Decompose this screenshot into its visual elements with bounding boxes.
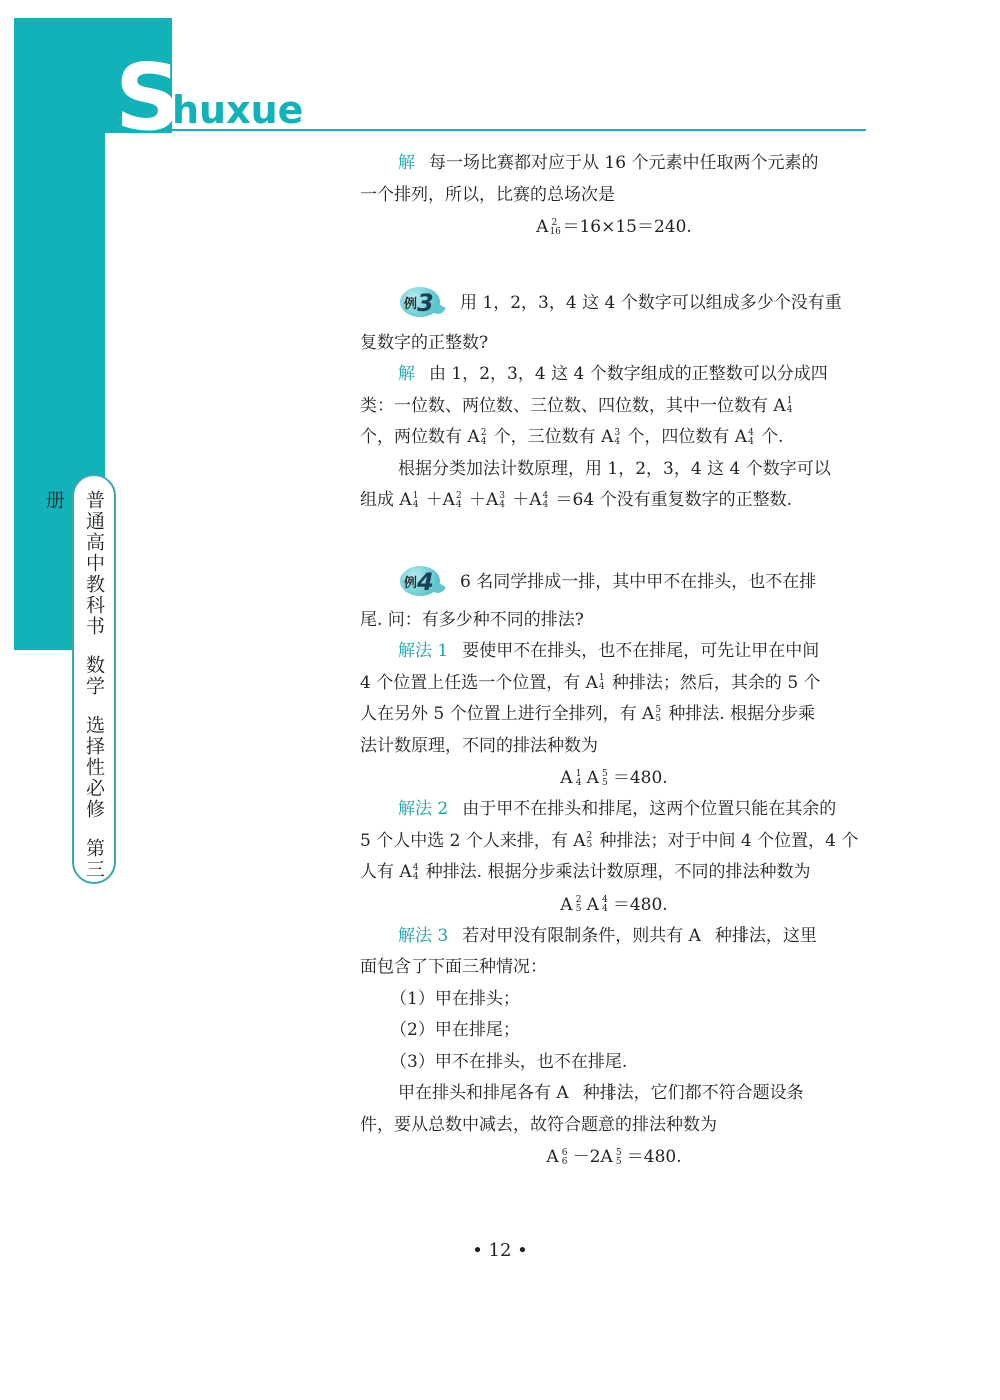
text: 种排法，这里 bbox=[715, 926, 817, 946]
text: 种排法. 根据分步乘 bbox=[668, 704, 815, 724]
method-2-formula: A25A44＝480. bbox=[360, 889, 868, 921]
prev-formula: A216＝16×15＝240. bbox=[360, 211, 868, 243]
case-1: （1）甲在排头； bbox=[360, 984, 868, 1016]
text: 甲在排头和排尾各有 bbox=[398, 1083, 551, 1103]
book-title-vertical: 普通高中教科书数学选择性必修第三册 bbox=[74, 490, 114, 882]
text: 由 1，2，3，4 这 4 个数字组成的正整数可以分成四 bbox=[429, 364, 828, 384]
badge-number: 3 bbox=[417, 289, 434, 317]
example-3-solution-line3: 个，两位数有 A24个，三位数有 A34个，四位数有 A44个. bbox=[360, 422, 868, 454]
formula-mid: －2 bbox=[573, 1147, 601, 1167]
text: 组成 bbox=[360, 490, 394, 510]
badge-text: 例 bbox=[404, 297, 417, 312]
method-1-line4: 法计数原理，不同的排法种数为 bbox=[360, 731, 868, 763]
example-3-question: 例3用 1，2，3，4 这 4 个数字可以组成多少个没有重 bbox=[360, 288, 868, 320]
example-3-solution-line2: 类：一位数、两位数、三位数、四位数，其中一位数有 A14 bbox=[360, 391, 868, 423]
method-1-formula: A14A55＝480. bbox=[360, 762, 868, 794]
book-subject: 数学 bbox=[83, 655, 105, 697]
method-3-para-line1: 甲在排头和排尾各有 A55种排法，它们都不符合题设条 bbox=[360, 1078, 868, 1110]
example-3-solution-line1: 解由 1，2，3，4 这 4 个数字组成的正整数可以分成四 bbox=[360, 359, 868, 391]
badge-label: 例4 bbox=[404, 567, 434, 600]
formula-rest: ＝480. bbox=[627, 1147, 682, 1167]
method-2-line1: 解法 2由于甲不在排头和排尾，这两个位置只能在其余的 bbox=[360, 794, 868, 826]
example-4-question: 例46 名同学排成一排，其中甲不在排头，也不在排 bbox=[360, 567, 868, 599]
text: ＝64 个没有重复数字的正整数. bbox=[556, 490, 792, 510]
method-3-formula: A66－2A55＝480. bbox=[360, 1141, 868, 1173]
text: 4 个位置上任选一个位置，有 bbox=[360, 673, 580, 693]
method-1-line1: 解法 1要使甲不在排头，也不在排尾，可先让甲在中间 bbox=[360, 636, 868, 668]
method-3-para-line2: 件，要从总数中减去，故符合题意的排法种数为 bbox=[360, 1110, 868, 1142]
text: 个，两位数有 bbox=[360, 427, 462, 447]
text: 个. bbox=[761, 427, 783, 447]
book-type: 选择性必修 bbox=[83, 715, 105, 820]
badge-label: 例3 bbox=[404, 288, 434, 321]
example-3-para2-line2: 组成 A14＋A24＋A34＋A44＝64 个没有重复数字的正整数. bbox=[360, 485, 868, 517]
badge-text: 例 bbox=[404, 576, 417, 591]
page-number: • 12 • bbox=[0, 1240, 1000, 1261]
method-label: 解法 3 bbox=[398, 926, 448, 946]
text: 种排法，它们都不符合题设条 bbox=[583, 1083, 804, 1103]
logo-initial: S bbox=[115, 58, 177, 138]
solution-label: 解 bbox=[398, 364, 415, 384]
text: 用 1，2，3，4 这 4 个数字可以组成多少个没有重 bbox=[460, 293, 842, 313]
example-badge-icon: 例4 bbox=[398, 566, 446, 596]
text: 个，三位数有 bbox=[494, 427, 596, 447]
formula-rest: ＝480. bbox=[613, 895, 668, 915]
prev-solution-line2: 一个排列，所以，比赛的总场次是 bbox=[360, 180, 868, 212]
prev-solution: 解每一场比赛都对应于从 16 个元素中任取两个元素的 一个排列，所以，比赛的总场… bbox=[360, 148, 868, 243]
text: 6 名同学排成一排，其中甲不在排头，也不在排 bbox=[460, 572, 816, 592]
method-2-line3: 人有 A44种排法. 根据分步乘法计数原理，不同的排法种数为 bbox=[360, 857, 868, 889]
logo-text: huxue bbox=[172, 88, 303, 132]
example-3-para2-line1: 根据分类加法计数原理，用 1，2，3，4 这 4 个数字可以 bbox=[360, 454, 868, 486]
book-title-tab: 普通高中教科书数学选择性必修第三册 bbox=[72, 474, 116, 884]
formula-rest: ＝16×15＝240. bbox=[562, 217, 691, 237]
formula-rest: ＝480. bbox=[613, 768, 668, 788]
text: 种排法. 根据分步乘法计数原理，不同的排法种数为 bbox=[426, 862, 811, 882]
sub: 16 bbox=[549, 228, 559, 237]
method-3-line2: 面包含了下面三种情况： bbox=[360, 952, 868, 984]
example-badge-icon: 例3 bbox=[398, 287, 446, 317]
method-label: 解法 1 bbox=[398, 641, 448, 661]
case-2: （2）甲在排尾； bbox=[360, 1015, 868, 1047]
text: 人有 bbox=[360, 862, 394, 882]
method-2-line2: 5 个人中选 2 个人来排，有 A25种排法；对于中间 4 个位置，4 个 bbox=[360, 826, 868, 858]
badge-number: 4 bbox=[417, 568, 434, 596]
example-3: 例3用 1，2，3，4 这 4 个数字可以组成多少个没有重 复数字的正整数? 解… bbox=[360, 288, 868, 517]
prev-solution-line1: 解每一场比赛都对应于从 16 个元素中任取两个元素的 bbox=[360, 148, 868, 180]
method-1-line3: 人在另外 5 个位置上进行全排列，有 A55种排法. 根据分步乘 bbox=[360, 699, 868, 731]
text: 要使甲不在排头，也不在排尾，可先让甲在中间 bbox=[462, 641, 819, 661]
text: 种排法；然后，其余的 5 个 bbox=[612, 673, 821, 693]
method-label: 解法 2 bbox=[398, 799, 448, 819]
text: 由于甲不在排头和排尾，这两个位置只能在其余的 bbox=[462, 799, 836, 819]
text: 5 个人中选 2 个人来排，有 bbox=[360, 831, 568, 851]
method-3-line1: 解法 3若对甲没有限制条件，则共有 A66种排法，这里 bbox=[360, 921, 868, 953]
text: 类：一位数、两位数、三位数、四位数，其中一位数有 bbox=[360, 396, 768, 416]
example-4: 例46 名同学排成一排，其中甲不在排头，也不在排 尾. 问：有多少种不同的排法?… bbox=[360, 567, 868, 1173]
example-3-question-cont: 复数字的正整数? bbox=[360, 328, 868, 360]
example-4-question-cont: 尾. 问：有多少种不同的排法? bbox=[360, 605, 868, 637]
text: 每一场比赛都对应于从 16 个元素中任取两个元素的 bbox=[429, 153, 818, 173]
book-series: 普通高中教科书 bbox=[83, 490, 105, 637]
text: 种排法；对于中间 4 个位置，4 个 bbox=[600, 831, 859, 851]
text: 个，四位数有 bbox=[627, 427, 729, 447]
text: 若对甲没有限制条件，则共有 bbox=[462, 926, 683, 946]
text: 人在另外 5 个位置上进行全排列，有 bbox=[360, 704, 637, 724]
case-3: （3）甲不在排头，也不在排尾. bbox=[360, 1047, 868, 1079]
solution-label: 解 bbox=[398, 153, 415, 173]
method-1-line2: 4 个位置上任选一个位置，有 A14种排法；然后，其余的 5 个 bbox=[360, 668, 868, 700]
